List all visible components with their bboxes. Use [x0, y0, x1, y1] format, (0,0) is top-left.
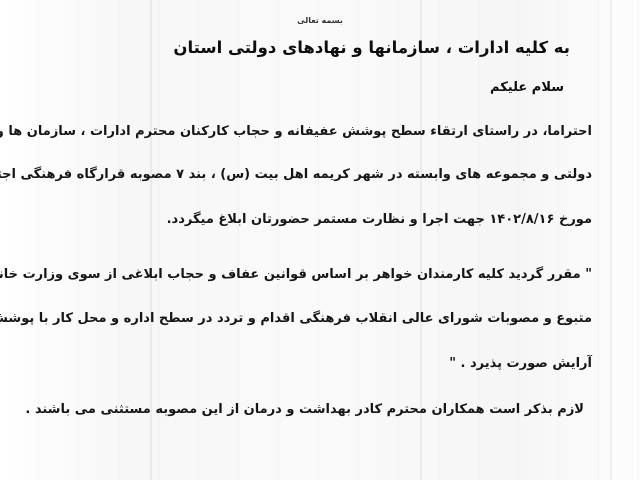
paragraph-3-line-1: لازم بذکر است همکاران محترم کادر بهداشت … — [25, 402, 584, 417]
paragraph-1-line-3: مورخ ۱۴۰۲/۸/۱۶ جهت اجرا و نظارت مستمر حض… — [167, 212, 592, 227]
letter-greeting: سلام علیکم — [490, 80, 564, 95]
letter-page: بسمه تعالی به کلیه ادارات ، سازمانها و ن… — [0, 0, 640, 480]
paragraph-2-line-2: متبوع و مصوبات شورای عالی انقلاب فرهنگی … — [0, 311, 592, 326]
paragraph-2-line-1: " مقرر گردید کلیه کارمندان خواهر بر اساس… — [0, 267, 592, 282]
paragraph-1-line-1: احتراما، در راستای ارتقاء سطح پوشش عفیفا… — [0, 124, 592, 139]
paragraph-2-line-3: آرایش صورت پذیرد . " — [449, 356, 592, 371]
paragraph-1-line-2: دولتی و مجموعه های وابسته در شهر کریمه ا… — [0, 167, 592, 182]
letter-heading: بسمه تعالی — [0, 16, 640, 25]
letter-recipient: به کلیه ادارات ، سازمانها و نهادهای دولت… — [173, 38, 570, 57]
